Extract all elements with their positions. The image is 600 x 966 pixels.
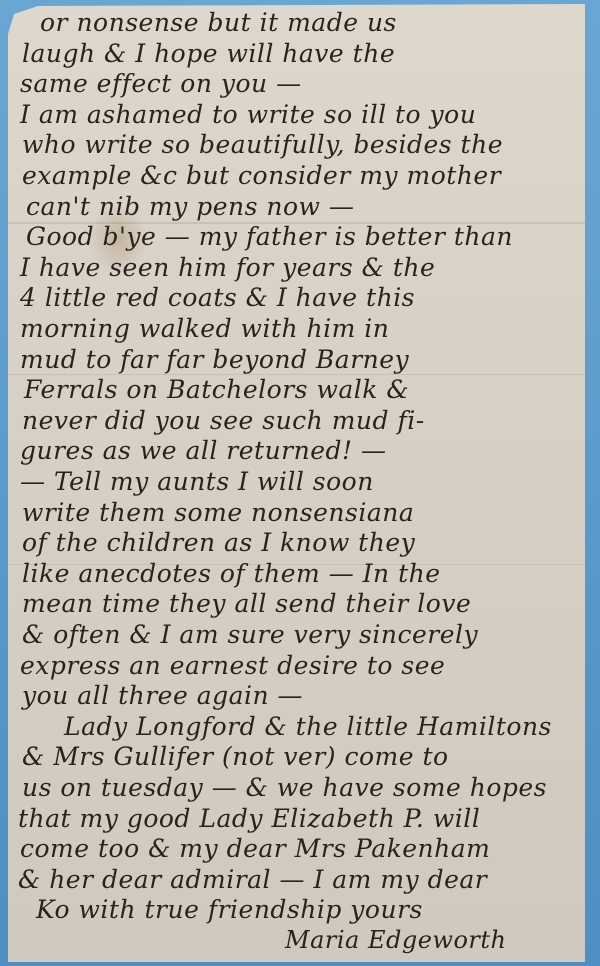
letter-line: you all three again — — [22, 681, 303, 710]
letter-line: Ko with true friendship yours — [36, 895, 423, 924]
letter-line: us on tuesday — & we have some hopes — [22, 773, 547, 802]
letter-text: or nonsense but it made us laugh & I hop… — [0, 0, 600, 966]
letter-line: & Mrs Gullifer (not ver) come to — [22, 742, 449, 771]
letter-line: express an earnest desire to see — [20, 651, 445, 680]
letter-line: gures as we all returned! — — [20, 436, 387, 465]
letter-line: mud to far far beyond Barney — [20, 345, 409, 374]
letter-line: & often & I am sure very sincerely — [22, 620, 478, 649]
letter-line: like anecdotes of them — In the — [22, 559, 441, 588]
letter-line: same effect on you — — [20, 69, 302, 98]
letter-line: — Tell my aunts I will soon — [20, 467, 374, 496]
letter-line: 4 little red coats & I have this — [20, 283, 415, 312]
letter-line: write them some nonsensiana — [22, 498, 414, 527]
letter-line: of the children as I know they — [22, 528, 415, 557]
letter-line: I have seen him for years & the — [20, 253, 435, 282]
letter-line: never did you see such mud fi- — [22, 406, 425, 435]
letter-line: mean time they all send their love — [22, 589, 471, 618]
signature: Maria Edgeworth — [285, 926, 506, 954]
letter-line: can't nib my pens now — — [26, 192, 354, 221]
letter-line: morning walked with him in — [20, 314, 389, 343]
letter-line: Lady Longford & the little Hamiltons — [64, 712, 552, 741]
letter-line: that my good Lady Elizabeth P. will — [18, 804, 480, 833]
letter-line: I am ashamed to write so ill to you — [20, 100, 476, 129]
letter-line: come too & my dear Mrs Pakenham — [20, 834, 490, 863]
letter-line: Good b'ye — my father is better than — [26, 222, 513, 251]
letter-line: & her dear admiral — I am my dear — [18, 865, 487, 894]
letter-line: or nonsense but it made us — [40, 8, 397, 37]
letter-line: Ferrals on Batchelors walk & — [24, 375, 409, 404]
letter-line: laugh & I hope will have the — [22, 39, 395, 68]
letter-line: example &c but consider my mother — [22, 161, 501, 190]
letter-line: who write so beautifully, besides the — [22, 130, 503, 159]
